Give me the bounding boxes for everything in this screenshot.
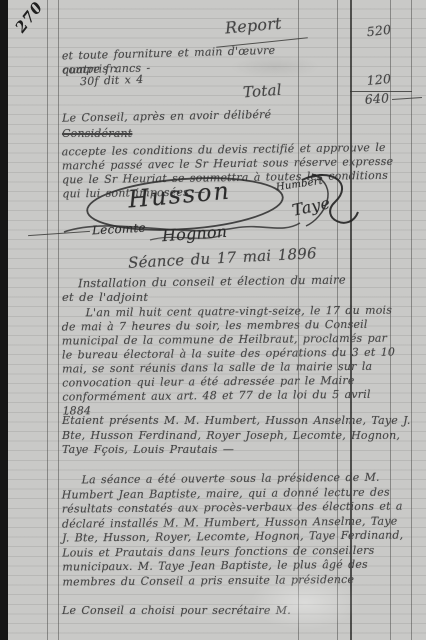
session-paragraph-1: L'an mil huit cent quatre-vingt-seize, l…: [62, 304, 401, 419]
signature-left: Lecomte: [92, 221, 146, 238]
signature-main: Husson: [128, 184, 232, 207]
session-paragraph-3: La séance a été ouverte sous la présiden…: [62, 471, 405, 590]
session-paragraph-4: Le Conseil a choisi pour secrétaire M.: [62, 604, 362, 618]
scanned-register-page: 270 Report 520 et toute fourniture et ma…: [0, 0, 426, 640]
session-subject-line-2: et de l'adjoint: [62, 290, 262, 304]
total-label: Total: [243, 83, 283, 100]
report-label: Report: [224, 17, 282, 36]
column-rule-4: [411, 0, 412, 640]
ledger-calc-line: 30f dit x 4: [80, 73, 144, 89]
signature-center: Hognon: [162, 225, 228, 244]
session-paragraph-2: Étaient présents M. M. Humbert, Husson A…: [62, 414, 418, 458]
struck-word: Considérant: [62, 127, 132, 141]
margin-rule-1: [47, 0, 48, 640]
margin-rule-2: [58, 0, 59, 640]
